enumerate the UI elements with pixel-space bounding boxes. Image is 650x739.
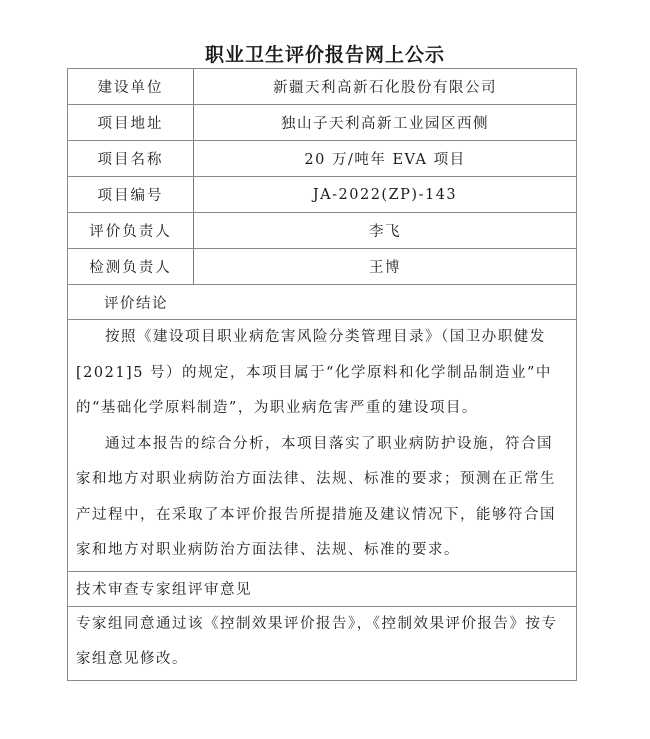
conclusion-paragraph: 通过本报告的综合分析，本项目落实了职业病防护设施，符合国家和地方对职业病防治方面…	[76, 427, 568, 569]
field-label: 建设单位	[68, 69, 194, 104]
field-label: 项目编号	[68, 177, 194, 212]
expert-review-heading: 技术审查专家组评审意见	[68, 572, 576, 607]
field-value: 新疆天利高新石化股份有限公司	[194, 69, 576, 104]
conclusion-paragraph: 按照《建设项目职业病危害风险分类管理目录》（国卫办职健发[2021]5 号）的规…	[76, 320, 568, 427]
disclosure-table: 建设单位 新疆天利高新石化股份有限公司 项目地址 独山子天利高新工业园区西侧 项…	[67, 68, 577, 681]
field-label: 项目名称	[68, 141, 194, 176]
expert-review-body: 专家组同意通过该《控制效果评价报告》，《控制效果评价报告》按专家组意见修改。	[68, 607, 576, 680]
field-label: 评价负责人	[68, 213, 194, 248]
field-label: 检测负责人	[68, 249, 194, 284]
field-row-construction-unit: 建设单位 新疆天利高新石化股份有限公司	[68, 69, 576, 105]
field-value: 独山子天利高新工业园区西侧	[194, 105, 576, 140]
conclusion-body: 按照《建设项目职业病危害风险分类管理目录》（国卫办职健发[2021]5 号）的规…	[68, 320, 576, 572]
field-value: 王博	[194, 249, 576, 284]
page-title: 职业卫生评价报告网上公示	[0, 40, 650, 67]
field-row-project-address: 项目地址 独山子天利高新工业园区西侧	[68, 105, 576, 141]
field-row-testing-lead: 检测负责人 王博	[68, 249, 576, 285]
conclusion-heading-text: 评价结论	[104, 292, 168, 313]
field-value: 李飞	[194, 213, 576, 248]
expert-review-text: 专家组同意通过该《控制效果评价报告》，《控制效果评价报告》按专家组意见修改。	[76, 607, 568, 678]
field-value: 20 万/吨年 EVA 项目	[194, 141, 576, 176]
conclusion-heading: 评价结论	[68, 285, 576, 320]
field-row-project-name: 项目名称 20 万/吨年 EVA 项目	[68, 141, 576, 177]
field-value: JA-2022(ZP)-143	[194, 177, 576, 212]
field-label: 项目地址	[68, 105, 194, 140]
expert-review-heading-text: 技术审查专家组评审意见	[76, 578, 252, 599]
field-row-evaluation-lead: 评价负责人 李飞	[68, 213, 576, 249]
field-row-project-number: 项目编号 JA-2022(ZP)-143	[68, 177, 576, 213]
